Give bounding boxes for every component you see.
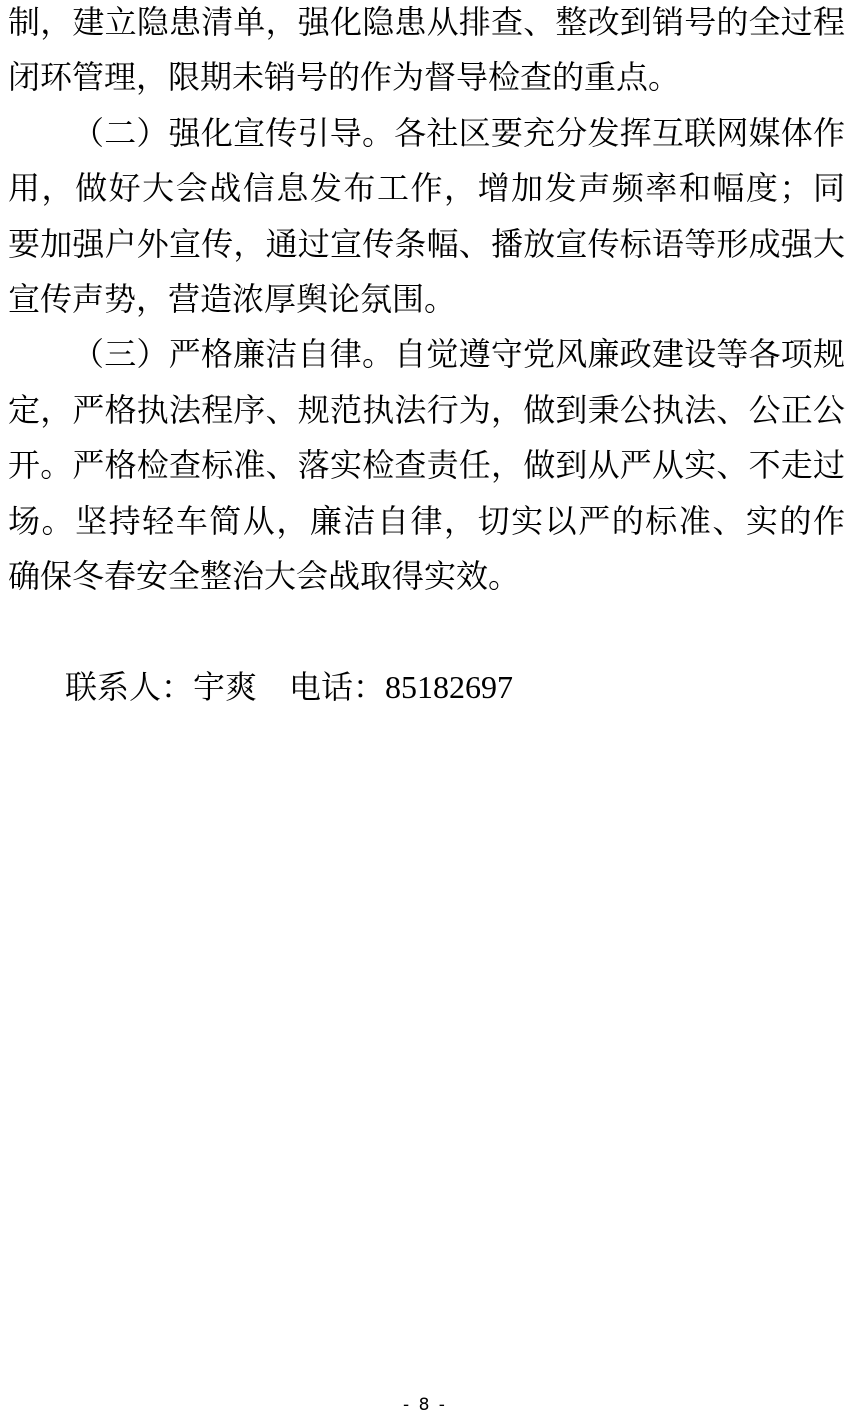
body-line: 开。严格检查标准、落实检查责任，做到从严从实、不走过 (8, 438, 845, 493)
body-line: 闭环管理，限期未销号的作为督导检查的重点。 (8, 50, 845, 105)
body-line: 宣传声势，营造浓厚舆论氛围。 (8, 272, 845, 327)
contact-line: 联系人：宇爽 电话：85182697 (8, 660, 845, 715)
body-line: 确保冬春安全整治大会战取得实效。 (8, 549, 845, 604)
blank-line (8, 604, 845, 659)
body-line: 用，做好大会战信息发布工作，增加发声频率和幅度；同时， (8, 161, 845, 216)
document-page: 制，建立隐患清单，强化隐患从排查、整改到销号的全过程 闭环管理，限期未销号的作为… (0, 0, 850, 1419)
document-body: 制，建立隐患清单，强化隐患从排查、整改到销号的全过程 闭环管理，限期未销号的作为… (8, 0, 845, 715)
body-line: 定，严格执法程序、规范执法行为，做到秉公执法、公正公 (8, 383, 845, 438)
page-number: - 8 - (0, 1395, 850, 1415)
body-line-paragraph-3-start: （三）严格廉洁自律。自觉遵守党风廉政建设等各项规 (8, 327, 845, 382)
body-line: 制，建立隐患清单，强化隐患从排查、整改到销号的全过程 (8, 0, 845, 50)
body-line: 场。坚持轻车简从，廉洁自律，切实以严的标准、实的作风， (8, 494, 845, 549)
body-line: 要加强户外宣传，通过宣传条幅、播放宣传标语等形成强大 (8, 217, 845, 272)
body-line-paragraph-2-start: （二）强化宣传引导。各社区要充分发挥互联网媒体作 (8, 106, 845, 161)
